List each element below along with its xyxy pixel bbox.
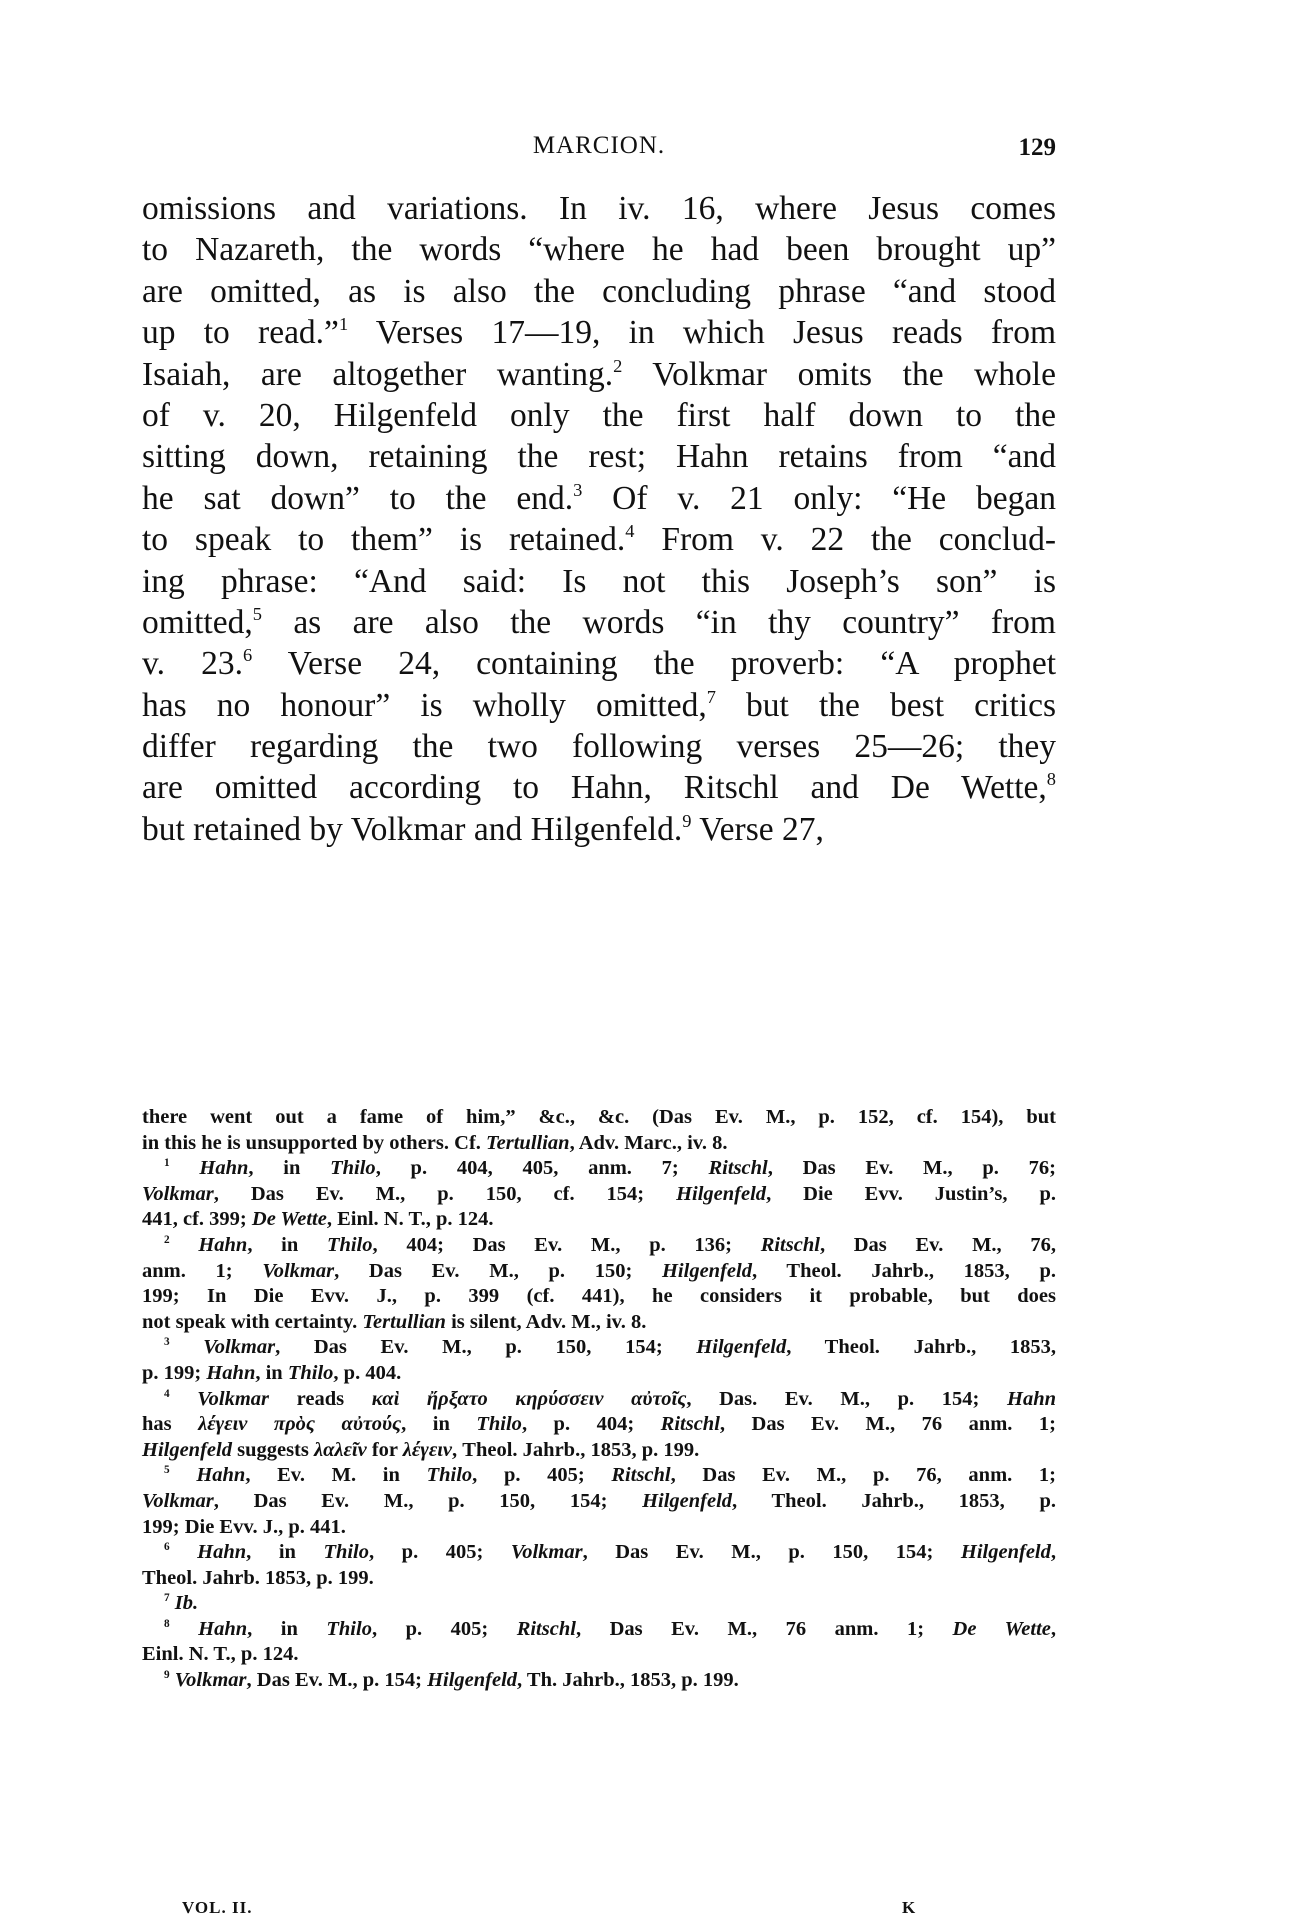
footnote-1-line: 1 Hahn, in Thilo, p. 404, 405, anm. 7; R… [142, 1156, 1056, 1182]
footnote-marker: 9 [164, 1669, 170, 1681]
footnote-marker: 4 [164, 1388, 170, 1400]
footnote-1-line: 441, cf. 399; De Wette, Einl. N. T., p. … [142, 1207, 1056, 1233]
body-line: has no honour” is wholly omitted,7 but t… [142, 685, 1056, 726]
italic-text: Ib. [175, 1592, 198, 1614]
italic-text: Volkmar [262, 1260, 334, 1282]
footnote-6-line: Theol. Jahrb. 1853, p. 199. [142, 1566, 1056, 1592]
footnote-4-line: 4 Volkmar reads καὶ ἤρξατο κηρύσσειν αὐτ… [142, 1387, 1056, 1413]
footnote-reference: 1 [339, 314, 348, 334]
italic-text: Hilgenfeld [696, 1336, 786, 1358]
footnote-marker: 8 [164, 1618, 170, 1630]
body-line: Isaiah, are altogether wanting.2 Volkmar… [142, 354, 1056, 395]
footnote-3-line: 3 Volkmar, Das Ev. M., p. 150, 154; Hilg… [142, 1335, 1056, 1361]
italic-text: Tertullian [486, 1132, 570, 1154]
volume-mark: VOL. II. [182, 1898, 252, 1918]
footnote-5-line: Volkmar, Das Ev. M., p. 150, 154; Hilgen… [142, 1489, 1056, 1515]
body-line: v. 23.6 Verse 24, containing the proverb… [142, 643, 1056, 684]
italic-text: λέγειν [403, 1439, 452, 1461]
footnote-marker: 3 [164, 1336, 170, 1348]
italic-text: λέγειν πρὸς αὐτούς [198, 1413, 401, 1435]
footnote-marker: 6 [164, 1541, 170, 1553]
italic-text: Tertullian [362, 1311, 446, 1333]
italic-text: Ritschl [761, 1234, 820, 1256]
body-line: omitted,5 as are also the words “in thy … [142, 602, 1056, 643]
italic-text: Thilo [476, 1413, 522, 1435]
footnote-reference: 6 [243, 645, 252, 665]
italic-text: Thilo [327, 1234, 373, 1256]
footnote-reference: 8 [1047, 770, 1056, 790]
footnote-8-line: 8 Hahn, in Thilo, p. 405; Ritschl, Das E… [142, 1617, 1056, 1643]
italic-text: Volkmar [142, 1490, 214, 1512]
body-line: of v. 20, Hilgenfeld only the first half… [142, 395, 1056, 436]
italic-text: Hahn [1007, 1388, 1056, 1410]
italic-text: Hilgenfeld [142, 1439, 232, 1461]
footnote-5-line: 5 Hahn, Ev. M. in Thilo, p. 405; Ritschl… [142, 1463, 1056, 1489]
italic-text: Hilgenfeld [427, 1669, 517, 1691]
italic-text: Ritschl [611, 1464, 670, 1486]
footnote-4-line: has λέγειν πρὸς αὐτούς, in Thilo, p. 404… [142, 1412, 1056, 1438]
body-line: ing phrase: “And said: Is not this Josep… [142, 561, 1056, 602]
footnote-1-line: Volkmar, Das Ev. M., p. 150, cf. 154; Hi… [142, 1182, 1056, 1208]
italic-text: Thilo [323, 1541, 369, 1563]
italic-text: Ritschl [517, 1618, 576, 1640]
body-line: are omitted, as is also the concluding p… [142, 271, 1056, 312]
italic-text: Hahn [198, 1234, 247, 1256]
footnote-reference: 4 [625, 521, 634, 541]
body-line: are omitted according to Hahn, Ritschl a… [142, 767, 1056, 808]
italic-text: Hahn [198, 1618, 247, 1640]
page-number: 129 [1019, 134, 1057, 162]
footnote-7-line: 7 Ib. [142, 1591, 1056, 1617]
footnote-marker: 7 [164, 1592, 170, 1604]
footnote-marker: 1 [164, 1157, 170, 1169]
italic-text: Ritschl [709, 1157, 768, 1179]
italic-text: λαλεῖν [314, 1439, 367, 1461]
footnote-9-line: 9 Volkmar, Das Ev. M., p. 154; Hilgenfel… [142, 1668, 1056, 1694]
footnote-8-line: Einl. N. T., p. 124. [142, 1642, 1056, 1668]
body-line: but retained by Volkmar and Hilgenfeld.9… [142, 809, 1056, 850]
book-page: MARCION. 129 omissions and variations. I… [0, 0, 1292, 1925]
footnote-4-line: Hilgenfeld suggests λαλεῖν for λέγειν, T… [142, 1438, 1056, 1464]
italic-text: Volkmar [511, 1541, 583, 1563]
italic-text: Hilgenfeld [662, 1260, 752, 1282]
footnote-marker: 5 [164, 1464, 170, 1476]
footnote-marker: 2 [164, 1234, 170, 1246]
italic-text: καὶ ἤρξατο κηρύσσειν αὐτοῖς [372, 1388, 687, 1410]
italic-text: Hahn [206, 1362, 255, 1384]
italic-text: Volkmar [203, 1336, 275, 1358]
sheet-signature: K [902, 1898, 915, 1918]
italic-text: Ritschl [661, 1413, 720, 1435]
footnote-3-line: p. 199; Hahn, in Thilo, p. 404. [142, 1361, 1056, 1387]
italic-text: Hilgenfeld [642, 1490, 732, 1512]
italic-text: Hilgenfeld [676, 1183, 766, 1205]
italic-text: Thilo [288, 1362, 334, 1384]
italic-text: Volkmar [175, 1669, 247, 1691]
footnote-6-line: 6 Hahn, in Thilo, p. 405; Volkmar, Das E… [142, 1540, 1056, 1566]
footnote-reference: 2 [613, 356, 622, 376]
footnote-5-line: 199; Die Evv. J., p. 441. [142, 1515, 1056, 1541]
italic-text: Hahn [196, 1464, 245, 1486]
body-line: to speak to them” is retained.4 From v. … [142, 519, 1056, 560]
footnote-reference: 9 [682, 811, 691, 831]
body-line: to Nazareth, the words “where he had bee… [142, 229, 1056, 270]
italic-text: Hilgenfeld [961, 1541, 1051, 1563]
footnote-2-line: 199; In Die Evv. J., p. 399 (cf. 441), h… [142, 1284, 1056, 1310]
footnote-reference: 5 [253, 604, 262, 624]
footnote-2-line: not speak with certainty. Tertullian is … [142, 1310, 1056, 1336]
body-line: up to read.”1 Verses 17—19, in which Jes… [142, 312, 1056, 353]
italic-text: Volkmar [142, 1183, 214, 1205]
footnote-continuation-line: there went out a fame of him,” &c., &c. … [142, 1105, 1056, 1131]
running-title: MARCION. [142, 132, 1056, 160]
footnote-2-line: anm. 1; Volkmar, Das Ev. M., p. 150; Hil… [142, 1259, 1056, 1285]
footnote-reference: 7 [707, 687, 716, 707]
body-text: omissions and variations. In iv. 16, whe… [142, 188, 1056, 850]
body-line: sitting down, retaining the rest; Hahn r… [142, 436, 1056, 477]
footnote-continuation-line: in this he is unsupported by others. Cf.… [142, 1131, 1056, 1157]
footnote-reference: 3 [573, 480, 582, 500]
italic-text: Thilo [427, 1464, 473, 1486]
footnotes: there went out a fame of him,” &c., &c. … [142, 1105, 1056, 1694]
italic-text: Thilo [326, 1618, 372, 1640]
body-line: differ regarding the two following verse… [142, 726, 1056, 767]
body-line: omissions and variations. In iv. 16, whe… [142, 188, 1056, 229]
italic-text: Hahn [197, 1541, 246, 1563]
body-line: he sat down” to the end.3 Of v. 21 only:… [142, 478, 1056, 519]
italic-text: De Wette [252, 1208, 327, 1230]
italic-text: De Wette [953, 1618, 1051, 1640]
italic-text: Thilo [330, 1157, 376, 1179]
italic-text: Hahn [199, 1157, 248, 1179]
italic-text: Volkmar [197, 1388, 269, 1410]
footnote-2-line: 2 Hahn, in Thilo, 404; Das Ev. M., p. 13… [142, 1233, 1056, 1259]
running-head: MARCION. 129 [142, 128, 1056, 164]
